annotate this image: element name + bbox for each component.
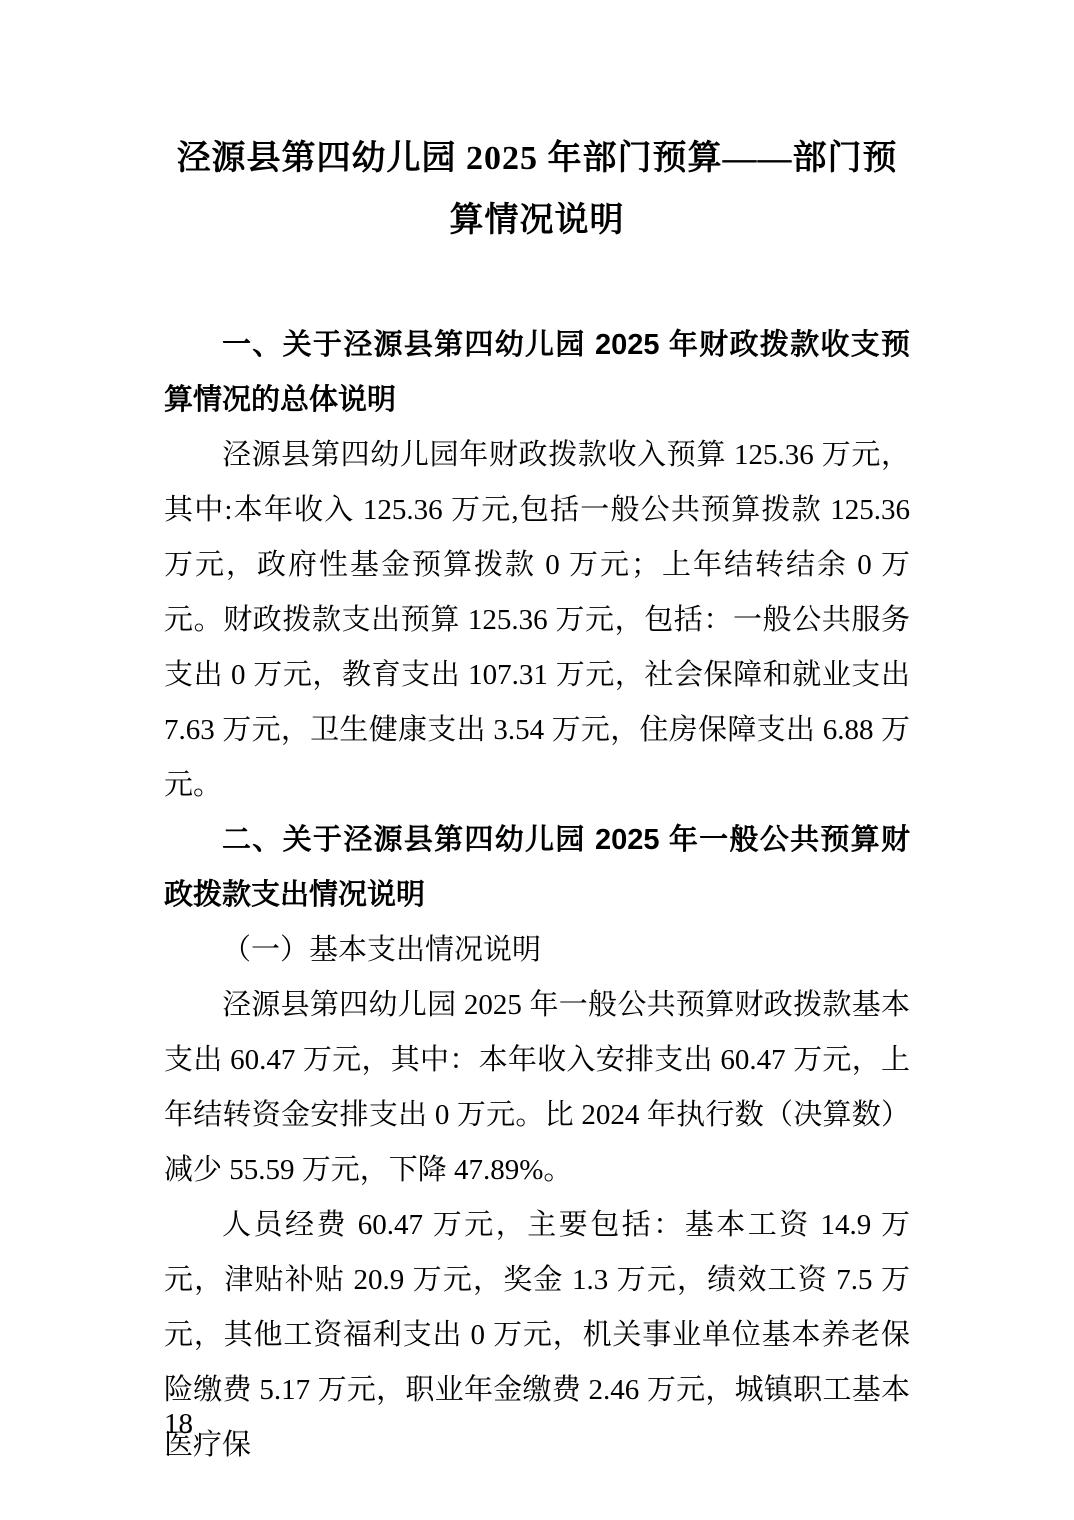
section-2-heading: 二、关于泾源县第四幼儿园 2025 年一般公共预算财政拨款支出情况说明 [164, 813, 910, 923]
section-2-paragraph-2: 人员经费 60.47 万元，主要包括：基本工资 14.9 万元，津贴补贴 20.… [164, 1198, 910, 1473]
section-2-paragraph-1: 泾源县第四幼儿园 2025 年一般公共预算财政拨款基本支出 60.47 万元，其… [164, 978, 910, 1198]
document-title: 泾源县第四幼儿园 2025 年部门预算——部门预算情况说明 [164, 128, 910, 252]
section-1-paragraph: 泾源县第四幼儿园年财政拨款收入预算 125.36 万元，其中:本年收入 125.… [164, 428, 910, 813]
section-2-subheading: （一）基本支出情况说明 [164, 923, 910, 978]
document-page: 泾源县第四幼儿园 2025 年部门预算——部门预算情况说明 一、关于泾源县第四幼… [0, 0, 1074, 1520]
page-number: 18 [164, 1408, 193, 1441]
section-1-heading: 一、关于泾源县第四幼儿园 2025 年财政拨款收支预算情况的总体说明 [164, 318, 910, 428]
